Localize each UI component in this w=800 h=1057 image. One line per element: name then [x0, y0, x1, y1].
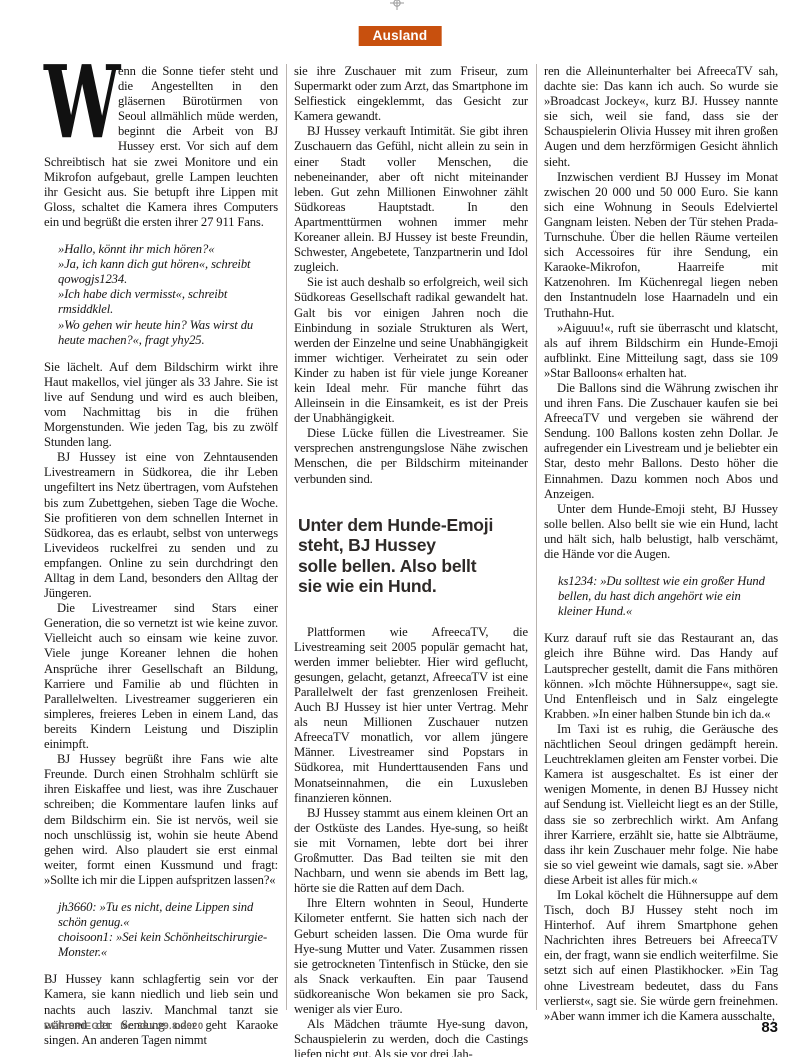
footer-brand: DER SPIEGEL	[44, 1021, 112, 1032]
paragraph: Im Taxi ist es ruhig, die Geräusche des …	[544, 722, 778, 888]
paragraph: Sie ist auch deshalb so erfolgreich, wei…	[294, 275, 528, 426]
chat-line: choisoon1: »Sei kein Schönheitschirurgie…	[58, 930, 278, 960]
chat-line: »Ja, ich kann dich gut hören«, schreibt …	[58, 257, 278, 287]
page-footer: DER SPIEGELNr. 36 / 29.8.2020 83	[44, 1021, 778, 1035]
paragraph: »Aiguuu!«, ruft sie überrascht und klats…	[544, 321, 778, 381]
registration-mark-icon	[390, 0, 404, 15]
footer-imprint: DER SPIEGELNr. 36 / 29.8.2020	[44, 1021, 204, 1032]
page-number: 83	[761, 1021, 778, 1035]
chat-line: ks1234: »Du solltest wie ein großer Hund…	[558, 574, 778, 619]
article-body: Wenn die Sonne tiefer steht und die Ange…	[44, 64, 778, 1057]
paragraph: Unter dem Hunde-Emoji steht, BJ Hussey s…	[544, 502, 778, 562]
paragraph: Inzwischen verdient BJ Hussey im Monat z…	[544, 170, 778, 321]
pull-quote-line: Unter dem Hunde-Emoji	[298, 515, 528, 536]
pull-quote-line: sie wie ein Hund.	[298, 576, 528, 597]
chat-quote-block: ks1234: »Du solltest wie ein großer Hund…	[558, 574, 778, 619]
article-column-1: Wenn die Sonne tiefer steht und die Ange…	[44, 64, 278, 1057]
chat-quote-block: jh3660: »Tu es nicht, deine Lippen sind …	[58, 900, 278, 960]
paragraph: Wenn die Sonne tiefer steht und die Ange…	[44, 64, 278, 230]
paragraph: ren die Alleinunterhalter bei AfreecaTV …	[544, 64, 778, 170]
section-badge-ausland: Ausland	[359, 26, 442, 46]
footer-issue: Nr. 36 / 29.8.2020	[120, 1021, 203, 1032]
paragraph: sie ihre Zuschauer mit zum Friseur, zum …	[294, 64, 528, 124]
pull-quote-line: steht, BJ Hussey	[298, 535, 528, 556]
chat-line: jh3660: »Tu es nicht, deine Lippen sind …	[58, 900, 278, 930]
chat-line: »Hallo, könnt ihr mich hören?«	[58, 242, 278, 257]
paragraph: Sie lächelt. Auf dem Bildschirm wirkt ih…	[44, 360, 278, 451]
paragraph: BJ Hussey kann schlagfertig sein vor der…	[44, 972, 278, 1047]
paragraph: Die Livestreamer sind Stars einer Genera…	[44, 601, 278, 752]
article-column-3: ren die Alleinunterhalter bei AfreecaTV …	[544, 64, 778, 1057]
paragraph: BJ Hussey stammt aus einem kleinen Ort a…	[294, 806, 528, 897]
dropcap-w: W	[44, 66, 90, 140]
pull-quote: Unter dem Hunde-Emoji steht, BJ Hussey s…	[298, 515, 528, 597]
paragraph: Ihre Eltern wohnten in Seoul, Hunderte K…	[294, 896, 528, 1017]
chat-line: »Wo gehen wir heute hin? Was wirst du he…	[58, 318, 278, 348]
pull-quote-line: solle bellen. Also bellt	[298, 556, 528, 577]
paragraph: Die Ballons sind die Währung zwischen ih…	[544, 381, 778, 502]
paragraph: BJ Hussey begrüßt ihre Fans wie alte Fre…	[44, 752, 278, 888]
paragraph: Plattformen wie AfreecaTV, die Livestrea…	[294, 625, 528, 806]
paragraph: BJ Hussey verkauft Intimität. Sie gibt i…	[294, 124, 528, 275]
magazine-page: { "page": { "badge": "Ausland", "footer_…	[0, 0, 800, 1057]
paragraph: Kurz darauf ruft sie das Restaurant an, …	[544, 631, 778, 722]
article-column-2: sie ihre Zuschauer mit zum Friseur, zum …	[294, 64, 528, 1057]
paragraph: Im Lokal köchelt die Hühnersuppe auf dem…	[544, 888, 778, 1024]
paragraph: BJ Hussey ist eine von Zehntausenden Liv…	[44, 450, 278, 601]
chat-line: »Ich habe dich vermisst«, schreibt rmsid…	[58, 287, 278, 317]
chat-quote-block: »Hallo, könnt ihr mich hören?« »Ja, ich …	[58, 242, 278, 348]
paragraph: Diese Lücke füllen die Livestreamer. Sie…	[294, 426, 528, 486]
